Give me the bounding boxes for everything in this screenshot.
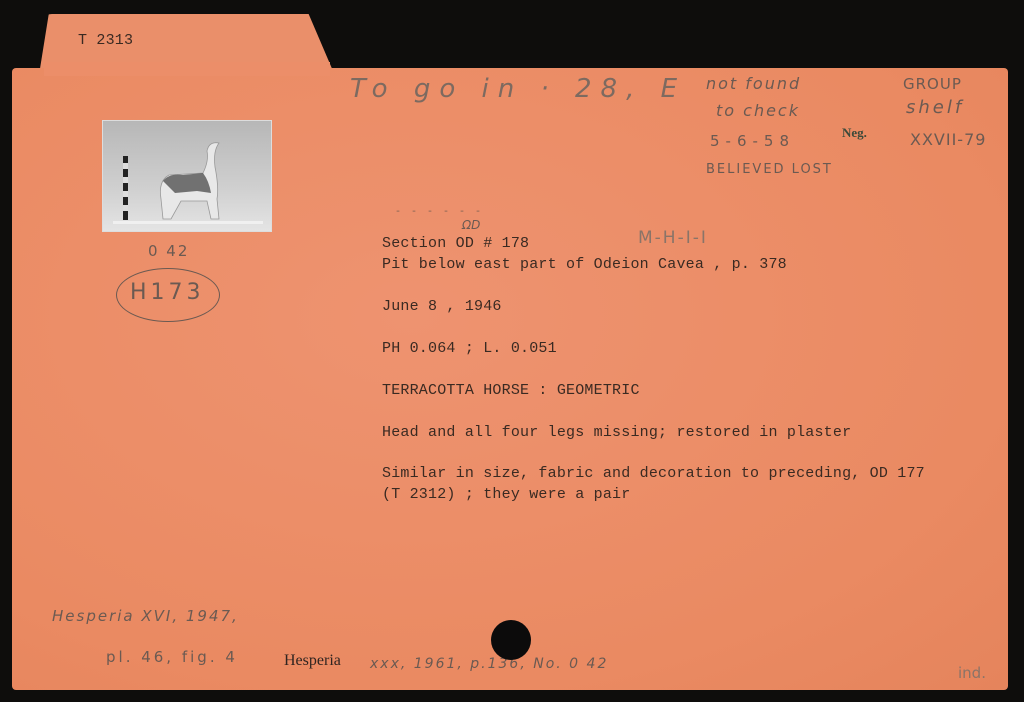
index-mark: ind.: [958, 664, 986, 682]
pencil-note-destination: To go in · 28, E: [350, 74, 686, 104]
photo-caption-number: 0 42: [148, 242, 189, 260]
excavation-date: June 8 , 1946: [382, 298, 502, 315]
section-side-mark: M-H-I-I: [638, 228, 708, 248]
pencil-note-to-check: to check: [716, 101, 800, 120]
pencil-note-date: 5-6-58: [710, 132, 795, 150]
bibliography-pencil-line-1: Hesperia XVI, 1947,: [52, 607, 239, 625]
location-line: Pit below east part of Odeion Cavea , p.…: [382, 256, 787, 273]
circled-number: H173: [130, 280, 205, 305]
punch-hole: [491, 620, 531, 660]
section-annotation: ΩD: [462, 218, 480, 232]
card-tab-join: [44, 62, 330, 76]
faint-dotted-line: - - - - - -: [395, 207, 483, 218]
shelf-label: shelf: [906, 97, 964, 118]
artifact-photo: [102, 120, 272, 232]
dimensions: PH 0.064 ; L. 0.051: [382, 340, 557, 357]
bibliography-handwritten-ref: xxx, 1961, p.136, No. 0 42: [370, 656, 608, 672]
description-line-2: (T 2312) ; they were a pair: [382, 486, 630, 503]
section-line: Section OD # 178: [382, 235, 529, 252]
pencil-note-believed-lost: BELIEVED LOST: [706, 162, 833, 177]
shelf-value: XXVII-79: [910, 130, 986, 149]
catalog-number: T 2313: [78, 32, 133, 49]
neg-stamp: Neg.: [842, 125, 867, 141]
group-label: GROUP: [903, 75, 962, 93]
pencil-note-not-found: not found: [706, 74, 801, 93]
bibliography-printed-label: Hesperia: [284, 652, 341, 670]
bibliography-pencil-line-2: pl. 46, fig. 4: [106, 648, 238, 666]
object-title: TERRACOTTA HORSE : GEOMETRIC: [382, 382, 640, 399]
condition-note: Head and all four legs missing; restored…: [382, 424, 851, 441]
description-line-1: Similar in size, fabric and decoration t…: [382, 465, 925, 482]
horse-figurine-image: [103, 121, 271, 231]
